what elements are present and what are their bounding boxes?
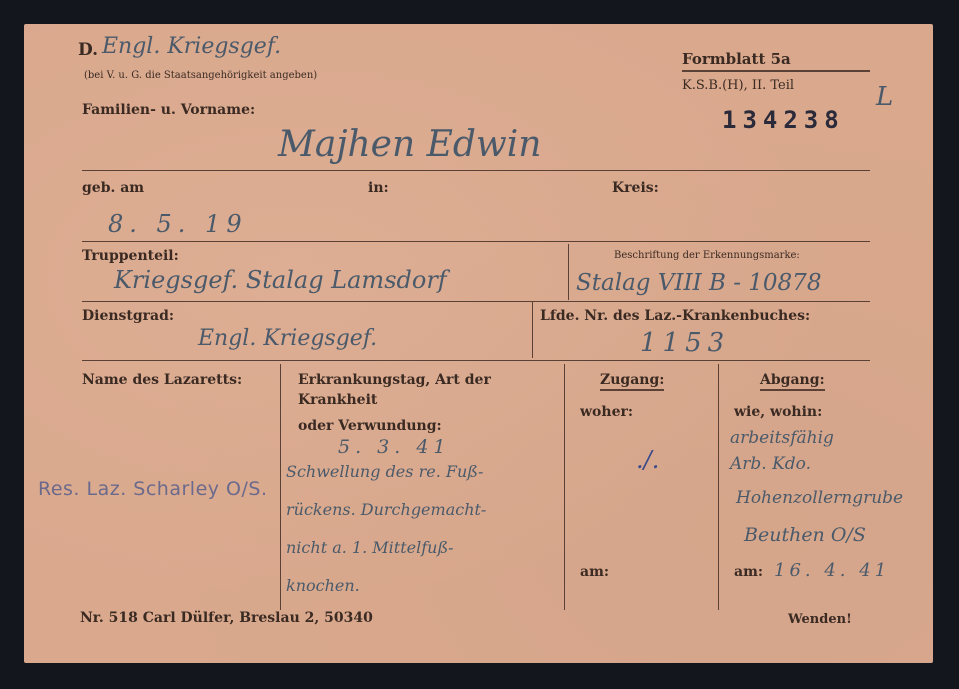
admission-label: Zugang: xyxy=(600,372,664,391)
illness-label-2: Krankheit xyxy=(298,392,377,408)
name-label: Familien- u. Vorname: xyxy=(82,102,255,118)
birth-place-label: in: xyxy=(368,180,389,196)
rank-value: Engl. Kriegsgef. xyxy=(198,326,377,351)
illness-text-line: rückens. Durchgemacht- xyxy=(286,500,486,519)
nationality-note: (bei V. u. G. die Staatsangehörigkeit an… xyxy=(84,70,317,81)
col-divider-1 xyxy=(280,364,281,610)
index-card: D. Engl. Kriegsgef. (bei V. u. G. die St… xyxy=(24,24,933,663)
rank-label: Dienstgrad: xyxy=(82,308,174,324)
admission-from-value: ./. xyxy=(636,446,659,474)
printer-imprint: Nr. 518 Carl Dülfer, Breslau 2, 50340 xyxy=(80,610,373,626)
discharge-to-line: Hohenzollerngrube xyxy=(736,488,903,508)
book-number-value: 1153 xyxy=(640,328,730,358)
form-title: Formblatt 5a xyxy=(682,50,791,68)
serial-number: 134238 xyxy=(722,106,845,134)
rank-divider xyxy=(532,302,533,358)
illness-text-line: nicht a. 1. Mittelfuß- xyxy=(286,538,454,557)
discharge-to-line: Beuthen O/S xyxy=(744,524,866,546)
illness-date: 5. 3. 41 xyxy=(338,436,451,458)
discharge-label: Abgang: xyxy=(760,372,825,391)
nationality-prefix: D. xyxy=(78,40,98,60)
birth-rule xyxy=(82,241,870,242)
tag-label: Beschriftung der Erkennungsmarke: xyxy=(614,250,800,261)
col-divider-2 xyxy=(564,364,565,610)
form-title-rule xyxy=(682,70,870,72)
book-number-label: Lfde. Nr. des Laz.-Krankenbuches: xyxy=(540,308,810,324)
discharge-to-line: Arb. Kdo. xyxy=(730,454,811,474)
discharge-to-label: wie, wohin: xyxy=(734,404,822,420)
corner-mark: L xyxy=(876,82,893,112)
name-rule xyxy=(82,170,870,171)
form-subtitle: K.S.B.(H), II. Teil xyxy=(682,78,794,93)
birth-date-value: 8. 5. 19 xyxy=(108,210,248,238)
illness-text-line: knochen. xyxy=(286,576,360,595)
discharge-to-line: arbeitsfähig xyxy=(730,428,834,448)
unit-value: Kriegsgef. Stalag Lamsdorf xyxy=(114,266,447,294)
hospital-label: Name des Lazaretts: xyxy=(82,372,242,388)
illness-text-line: Schwellung des re. Fuß- xyxy=(286,462,483,481)
illness-label-1: Erkrankungstag, Art der xyxy=(298,372,491,388)
turn-over-note: Wenden! xyxy=(788,612,852,627)
col-divider-3 xyxy=(718,364,719,610)
unit-rule xyxy=(82,301,870,302)
unit-label: Truppenteil: xyxy=(82,248,179,264)
admission-from-label: woher: xyxy=(580,404,633,420)
unit-divider xyxy=(568,244,569,300)
hospital-stamp: Res. Laz. Scharley O/S. xyxy=(38,478,268,500)
nationality-value: Engl. Kriegsgef. xyxy=(102,34,281,59)
discharge-date-value: 16. 4. 41 xyxy=(774,560,890,581)
tag-value: Stalag VIII B - 10878 xyxy=(576,270,821,296)
birth-district-label: Kreis: xyxy=(612,180,659,196)
illness-label-3: oder Verwundung: xyxy=(298,418,442,434)
rank-rule xyxy=(82,360,870,361)
birth-date-label: geb. am xyxy=(82,180,144,196)
admission-date-label: am: xyxy=(580,564,609,580)
discharge-date-label: am: xyxy=(734,564,763,580)
name-value: Majhen Edwin xyxy=(278,124,541,165)
